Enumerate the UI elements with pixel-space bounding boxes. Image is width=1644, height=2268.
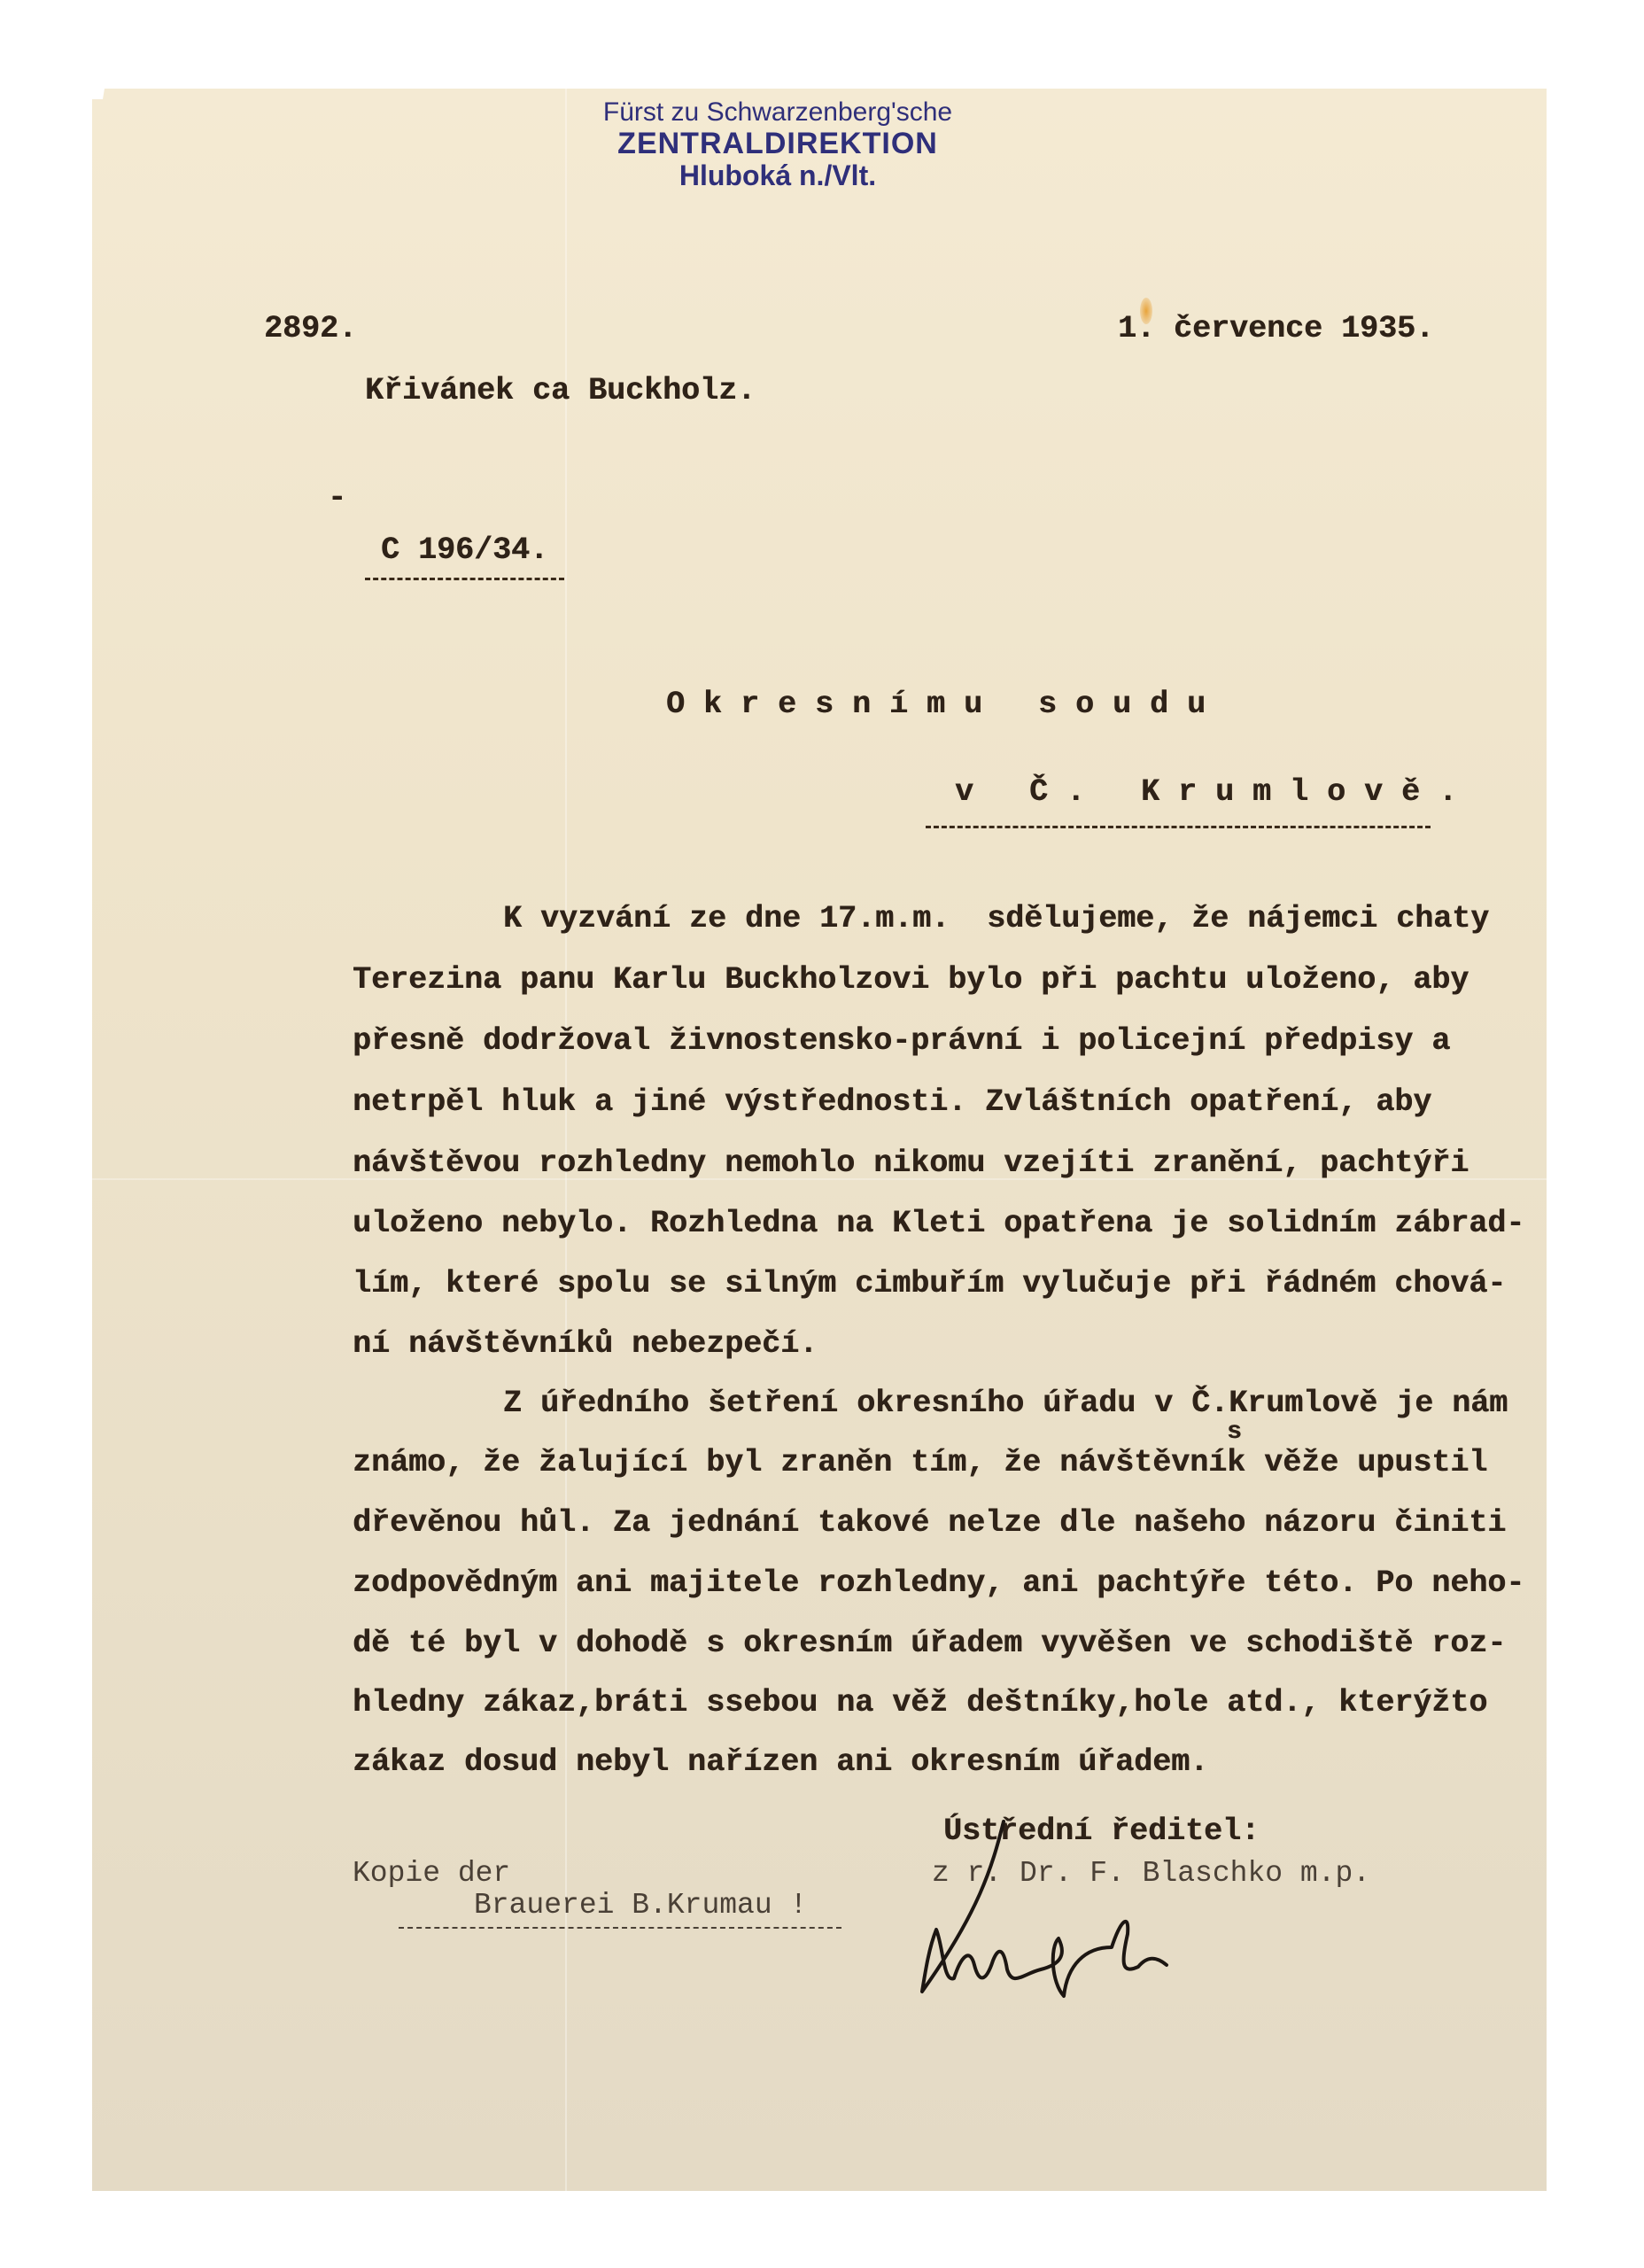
body-line: návštěvou rozhledny nemohlo nikomu vzejí… [353, 1148, 1469, 1179]
body-line: dřevěnou hůl. Za jednání takové nelze dl… [353, 1508, 1506, 1539]
body-line: hledny zákaz,bráti ssebou na věž deštník… [353, 1688, 1487, 1719]
body-line: zodpovědným ani majitele rozhledny, ani … [353, 1568, 1524, 1599]
case-number-underline [365, 578, 564, 580]
body-line: uloženo nebylo. Rozhledna na Kleti opatř… [353, 1208, 1524, 1239]
stamp-line-3: Hluboká n./Vlt. [556, 159, 999, 191]
body-line: Z úředního šetření okresního úřadu v Č.K… [503, 1388, 1508, 1419]
dash-mark: - [328, 483, 346, 514]
body-line: zákaz dosud nebyl nařízen ani okresním ú… [353, 1747, 1208, 1778]
addressee-underline [926, 826, 1431, 828]
body-line: lím, které spolu se silným cimbuřím vylu… [353, 1269, 1506, 1300]
addressee-place: v Č. Krumlově. [955, 777, 1476, 808]
body-line: přesně dodržoval živnostensko-právní i p… [353, 1026, 1450, 1057]
case-subject: Křivánek ca Buckholz. [365, 376, 756, 407]
addressee-court: Okresnímu soudu [666, 689, 1224, 720]
stamp-line-1: Fürst zu Schwarzenberg'sche [556, 97, 999, 128]
handwritten-signature-icon [890, 1814, 1262, 2018]
body-line: netrpěl hluk a jiné výstřednosti. Zvlášt… [353, 1087, 1431, 1118]
body-line: Terezina panu Karlu Buckholzovi bylo při… [353, 965, 1469, 996]
case-number: C 196/34. [381, 535, 548, 566]
copy-note-line-2: Brauerei B.Krumau ! [474, 1891, 807, 1920]
stamp-line-2: ZENTRALDIREKTION [556, 128, 999, 159]
reference-number: 2892. [264, 314, 357, 345]
letterhead-stamp: Fürst zu Schwarzenberg'sche ZENTRALDIREK… [556, 97, 999, 191]
body-line: známo, že žalující byl zraněn tím, že ná… [353, 1448, 1487, 1479]
body-line: ní návštěvníků nebezpečí. [353, 1329, 818, 1360]
inserted-letter: s [1227, 1420, 1242, 1445]
body-line: dě té byl v dohodě s okresním úřadem vyv… [353, 1628, 1506, 1659]
letter-date: 1. července 1935. [1118, 314, 1434, 345]
body-line: K vyzvání ze dne 17.m.m. sdělujeme, že n… [503, 904, 1489, 935]
copy-note-underline [399, 1927, 841, 1929]
copy-note-line-1: Kopie der [353, 1859, 510, 1888]
